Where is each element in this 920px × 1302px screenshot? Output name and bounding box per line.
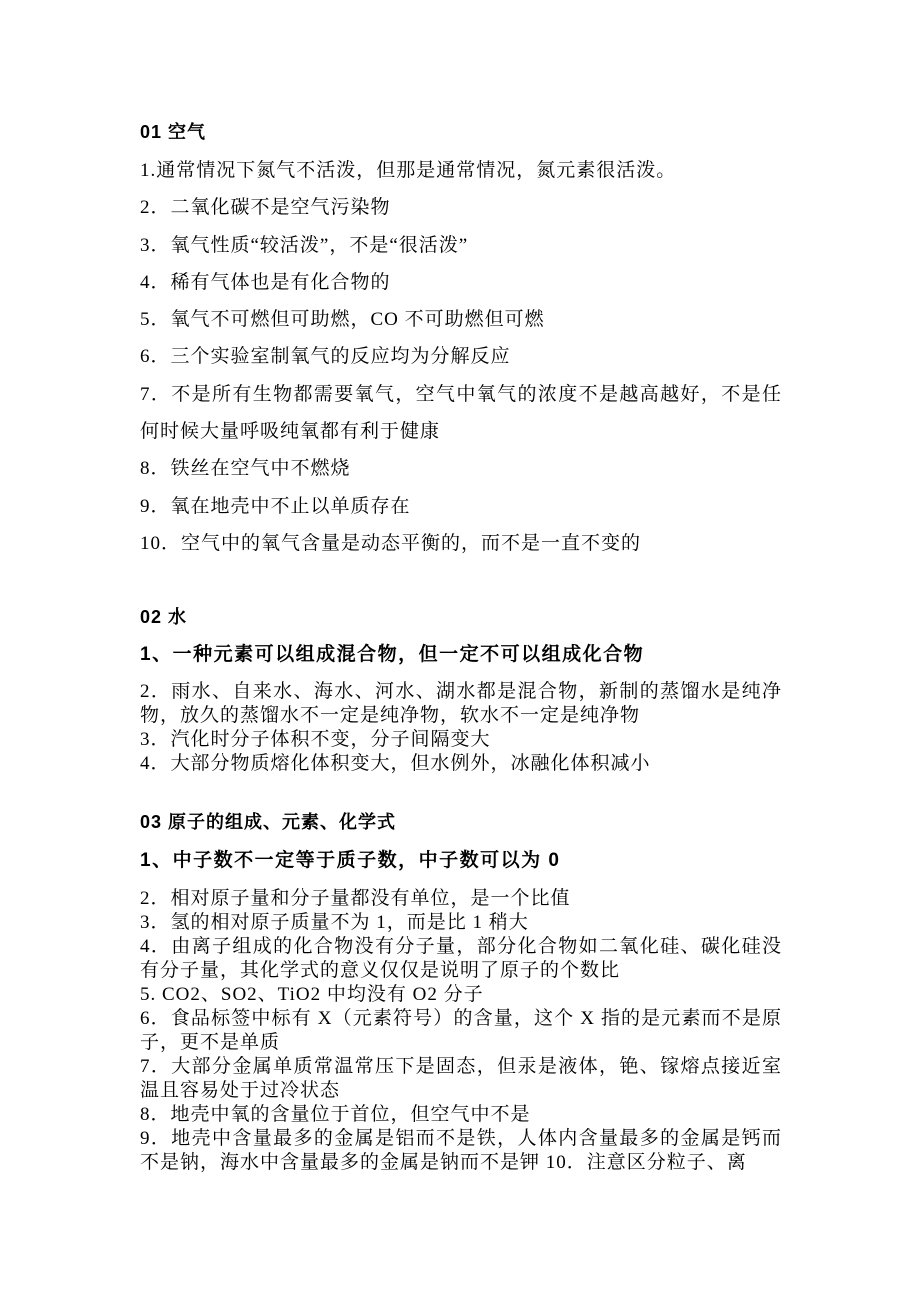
section-03-item-7: 7．大部分金属单质常温常压下是固态，但汞是液体，铯、镓熔点接近室温且容易处于过冷… (140, 1055, 782, 1103)
section-02-lead-item: 1、一种元素可以组成混合物，但一定不可以组成化合物 (140, 643, 782, 667)
section-02-item-2: 2．雨水、自来水、海水、河水、湖水都是混合物，新制的蒸馏水是纯净物，放久的蒸馏水… (140, 680, 782, 728)
section-01-body: 1.通常情况下氮气不活泼，但那是通常情况，氮元素很活泼。 2．二氧化碳不是空气污… (140, 152, 782, 562)
section-01-item-5: 5．氧气不可燃但可助燃，CO 不可助燃但可燃 (140, 301, 782, 338)
section-02-item-3: 3．汽化时分子体积不变，分子间隔变大 (140, 728, 782, 752)
section-03-item-8: 8．地壳中氧的含量位于首位，但空气中不是 (140, 1103, 782, 1127)
section-03-body: 2．相对原子量和分子量都没有单位，是一个比值 3．氢的相对原子质量不为 1，而是… (140, 887, 782, 1175)
section-03-item-9: 9．地壳中含量最多的金属是铝而不是铁，人体内含量最多的金属是钙而不是钠，海水中含… (140, 1127, 782, 1175)
section-02-body: 2．雨水、自来水、海水、河水、湖水都是混合物，新制的蒸馏水是纯净物，放久的蒸馏水… (140, 680, 782, 776)
section-02-item-4: 4．大部分物质熔化体积变大，但水例外，冰融化体积减小 (140, 752, 782, 776)
section-03-item-6: 6．食品标签中标有 X（元素符号）的含量，这个 X 指的是元素而不是原子，更不是… (140, 1007, 782, 1055)
section-01-item-3: 3．氧气性质“较活泼”，不是“很活泼” (140, 227, 782, 264)
section-01-item-10: 10．空气中的氧气含量是动态平衡的，而不是一直不变的 (140, 525, 782, 562)
section-01-item-6: 6．三个实验室制氧气的反应均为分解反应 (140, 338, 782, 375)
section-03-lead-item: 1、中子数不一定等于质子数，中子数可以为 0 (140, 849, 782, 873)
section-03-item-5: 5. CO2、SO2、TiO2 中均没有 O2 分子 (140, 983, 782, 1007)
section-01-item-4: 4．稀有气体也是有化合物的 (140, 264, 782, 301)
section-01-item-2: 2．二氧化碳不是空气污染物 (140, 189, 782, 226)
section-01-item-9: 9．氧在地壳中不止以单质存在 (140, 488, 782, 525)
section-01-item-1: 1.通常情况下氮气不活泼，但那是通常情况，氮元素很活泼。 (140, 152, 782, 189)
section-03-heading: 03 原子的组成、元素、化学式 (140, 813, 782, 831)
section-01-item-7: 7．不是所有生物都需要氧气，空气中氧气的浓度不是越高越好，不是任何时候大量呼吸纯… (140, 376, 782, 451)
section-01-item-8: 8．铁丝在空气中不燃烧 (140, 450, 782, 487)
section-01-heading: 01 空气 (140, 123, 782, 141)
section-03-item-3: 3．氢的相对原子质量不为 1，而是比 1 稍大 (140, 911, 782, 935)
section-03-item-2: 2．相对原子量和分子量都没有单位，是一个比值 (140, 887, 782, 911)
section-02-heading: 02 水 (140, 608, 782, 626)
section-03-item-4: 4．由离子组成的化合物没有分子量，部分化合物如二氧化硅、碳化硅没有分子量，其化学… (140, 935, 782, 983)
document-page: 01 空气 1.通常情况下氮气不活泼，但那是通常情况，氮元素很活泼。 2．二氧化… (0, 0, 920, 1302)
